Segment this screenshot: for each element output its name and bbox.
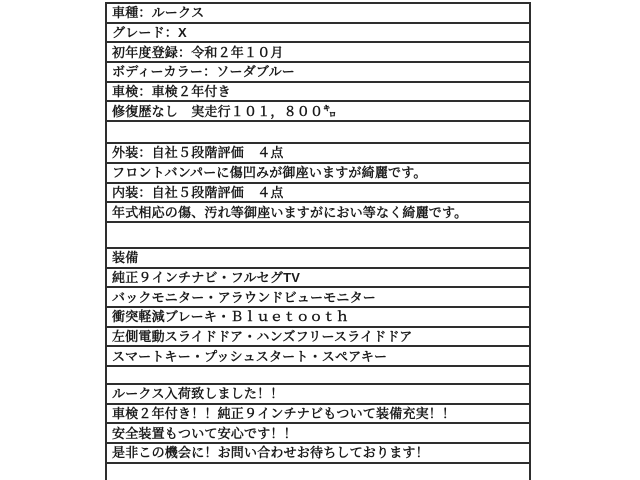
spec-row-interior-note-text: 年式相応の傷、汚れ等御座いますがにおい等なく綺麗です。 (112, 206, 467, 219)
spec-row-first-registration-text: 初年度登録：令和２年１０月 (112, 46, 284, 59)
promo-row-safety: 安全装置もついて安心です！！ (107, 424, 529, 444)
spec-row-exterior-rating-text: 外装：自社５段階評価 ４点 (112, 146, 284, 159)
promo-row-features-text: 車検２年付き！！純正９インチナビもついて装備充実！！ (112, 407, 455, 420)
promo-row-features: 車検２年付き！！純正９インチナビもついて装備充実！！ (107, 405, 529, 425)
equipment-row-safety-bluetooth-text: 衝突軽減ブレーキ・Ｂｌｕｅｔｏｏｔｈ (112, 310, 349, 323)
spec-row-body-color-text: ボディーカラー：ソーダブルー (112, 65, 295, 78)
promo-row-arrival: ルークス入荷致しました！！ (107, 385, 529, 405)
equipment-row-keys: スマートキー・プッシュスタート・スペアキー (107, 347, 529, 367)
equipment-row-monitor-text: バックモニター・アラウンドビューモニター (112, 291, 376, 304)
equipment-row-monitor: バックモニター・アラウンドビューモニター (107, 288, 529, 308)
equipment-header-text: 装備 (112, 251, 138, 264)
spec-row-interior-rating: 内装：自社５段階評価 ４点 (107, 184, 529, 204)
spec-row-body-color: ボディーカラー：ソーダブルー (107, 63, 529, 83)
promo-row-contact: 是非この機会に！お問い合わせお待ちしております！ (107, 444, 529, 464)
promo-row-contact-text: 是非この機会に！お問い合わせお待ちしております！ (112, 446, 429, 459)
spec-row-inspection: 車検：車検２年付き (107, 83, 529, 103)
spec-row-model: 車種：ルークス (107, 4, 529, 24)
spec-row-exterior-rating: 外装：自社５段階評価 ４点 (107, 144, 529, 164)
spec-row-inspection-text: 車検：車検２年付き (112, 85, 231, 98)
spacer-row (107, 223, 529, 249)
equipment-row-slide-door-text: 左側電動スライドドア・ハンズフリースライドドア (112, 330, 412, 343)
spec-row-mileage-text: 修復歴なし 実走行１０１，８００㌔ (112, 105, 336, 118)
equipment-row-slide-door: 左側電動スライドドア・ハンズフリースライドドア (107, 328, 529, 348)
spacer-row (107, 464, 529, 480)
spec-row-model-text: 車種：ルークス (112, 6, 204, 19)
page-background: 車種：ルークス グレード：X 初年度登録：令和２年１０月 ボディーカラー：ソーダ… (0, 0, 640, 480)
promo-row-safety-text: 安全装置もついて安心です！！ (112, 427, 297, 440)
spec-row-mileage: 修復歴なし 実走行１０１，８００㌔ (107, 102, 529, 122)
spec-row-exterior-note-text: フロントバンパーに傷凹みが御座いますが綺麗です。 (112, 166, 427, 179)
spacer-row (107, 122, 529, 144)
promo-row-arrival-text: ルークス入荷致しました！！ (112, 387, 283, 400)
spec-row-exterior-note: フロントバンパーに傷凹みが御座いますが綺麗です。 (107, 164, 529, 184)
equipment-header: 装備 (107, 249, 529, 269)
spec-row-first-registration: 初年度登録：令和２年１０月 (107, 43, 529, 63)
spec-row-interior-note: 年式相応の傷、汚れ等御座いますがにおい等なく綺麗です。 (107, 203, 529, 223)
vehicle-spec-sheet: 車種：ルークス グレード：X 初年度登録：令和２年１０月 ボディーカラー：ソーダ… (105, 2, 531, 480)
spec-row-grade: グレード：X (107, 24, 529, 44)
equipment-row-navi-text: 純正９インチナビ・フルセグTV (112, 271, 300, 284)
spacer-row (107, 367, 529, 385)
equipment-row-keys-text: スマートキー・プッシュスタート・スペアキー (112, 350, 387, 363)
spec-row-interior-rating-text: 内装：自社５段階評価 ４点 (112, 186, 284, 199)
equipment-row-safety-bluetooth: 衝突軽減ブレーキ・Ｂｌｕｅｔｏｏｔｈ (107, 308, 529, 328)
equipment-row-navi: 純正９インチナビ・フルセグTV (107, 269, 529, 289)
spec-row-grade-text: グレード：X (112, 26, 187, 39)
